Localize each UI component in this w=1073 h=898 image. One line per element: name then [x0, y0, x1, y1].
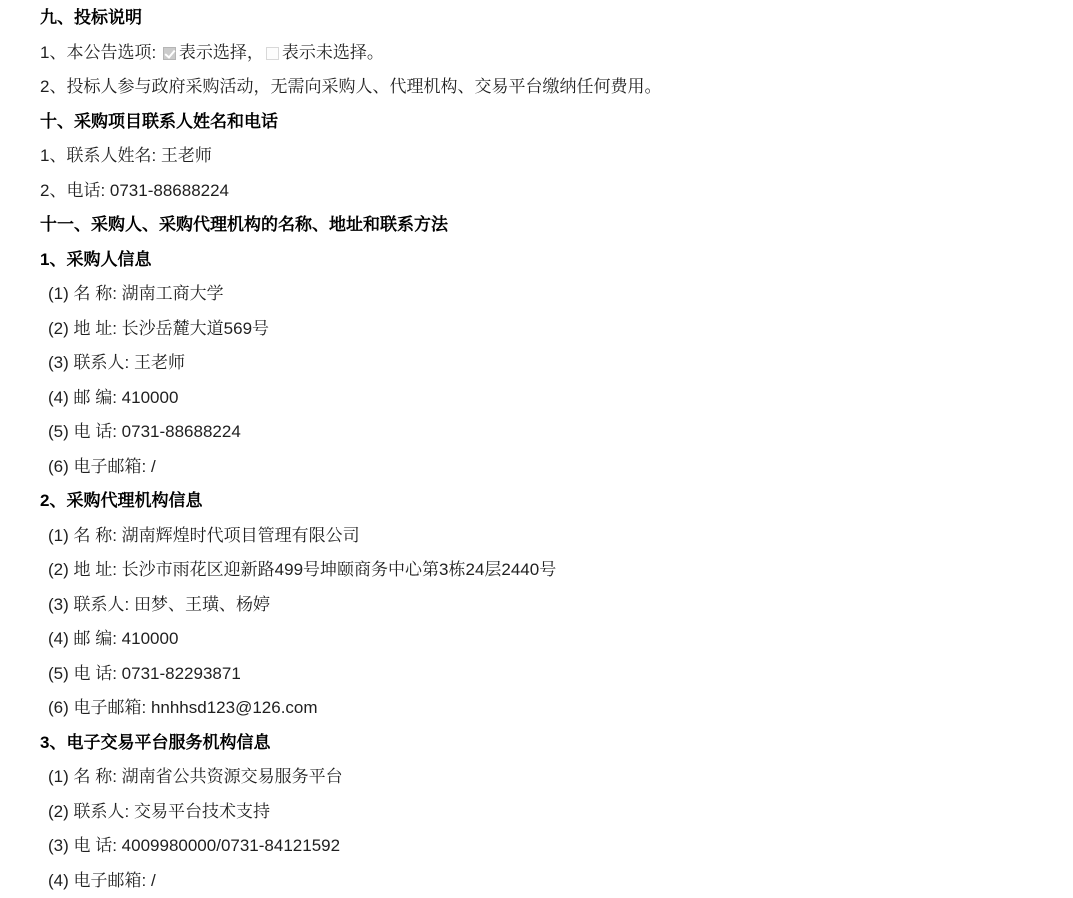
legend-prefix-text: 1、本公告选项: [40, 43, 161, 62]
document-line: (2) 地 址: 长沙岳麓大道569号 [0, 312, 1073, 347]
section-heading: 3、电子交易平台服务机构信息 [0, 726, 1073, 761]
document-line: (1) 名 称: 湖南工商大学 [0, 277, 1073, 312]
document-line: (6) 电子邮箱: hnhhsd123@126.com [0, 691, 1073, 726]
checked-option-label: 表示选择， [179, 43, 264, 62]
document-line: (2) 联系人: 交易平台技术支持 [0, 795, 1073, 830]
document-line: (3) 电 话: 4009980000/0731-84121592 [0, 829, 1073, 864]
section-heading: 1、采购人信息 [0, 243, 1073, 278]
document-line: (5) 电 话: 0731-88688224 [0, 415, 1073, 450]
checkbox-legend-line: 1、本公告选项: 表示选择，表示未选择。 [0, 36, 1073, 71]
document-line: (4) 邮 编: 410000 [0, 622, 1073, 657]
checked-checkbox-icon [163, 47, 176, 60]
document-line: (1) 名 称: 湖南辉煌时代项目管理有限公司 [0, 519, 1073, 554]
unchecked-checkbox-icon [266, 47, 279, 60]
document-line: 2、电话: 0731-88688224 [0, 174, 1073, 209]
section-heading: 九、投标说明 [0, 1, 1073, 36]
document-line: (5) 电 话: 0731-82293871 [0, 657, 1073, 692]
unchecked-option-label: 表示未选择。 [282, 43, 384, 62]
document-line: (4) 电子邮箱: / [0, 864, 1073, 898]
document-line: 1、联系人姓名: 王老师 [0, 139, 1073, 174]
document-line: (1) 名 称: 湖南省公共资源交易服务平台 [0, 760, 1073, 795]
section-heading: 2、采购代理机构信息 [0, 484, 1073, 519]
document-line: (6) 电子邮箱: / [0, 450, 1073, 485]
document-line: (3) 联系人: 王老师 [0, 346, 1073, 381]
document-line: (2) 地 址: 长沙市雨花区迎新路499号坤颐商务中心第3栋24层2440号 [0, 553, 1073, 588]
document-line: (3) 联系人: 田梦、王璜、杨婷 [0, 588, 1073, 623]
section-heading: 十、采购项目联系人姓名和电话 [0, 105, 1073, 140]
section-heading: 十一、采购人、采购代理机构的名称、地址和联系方法 [0, 208, 1073, 243]
document-line: 2、投标人参与政府采购活动，无需向采购人、代理机构、交易平台缴纳任何费用。 [0, 70, 1073, 105]
document-line: (4) 邮 编: 410000 [0, 381, 1073, 416]
document: 九、投标说明1、本公告选项: 表示选择，表示未选择。2、投标人参与政府采购活动，… [0, 0, 1073, 898]
